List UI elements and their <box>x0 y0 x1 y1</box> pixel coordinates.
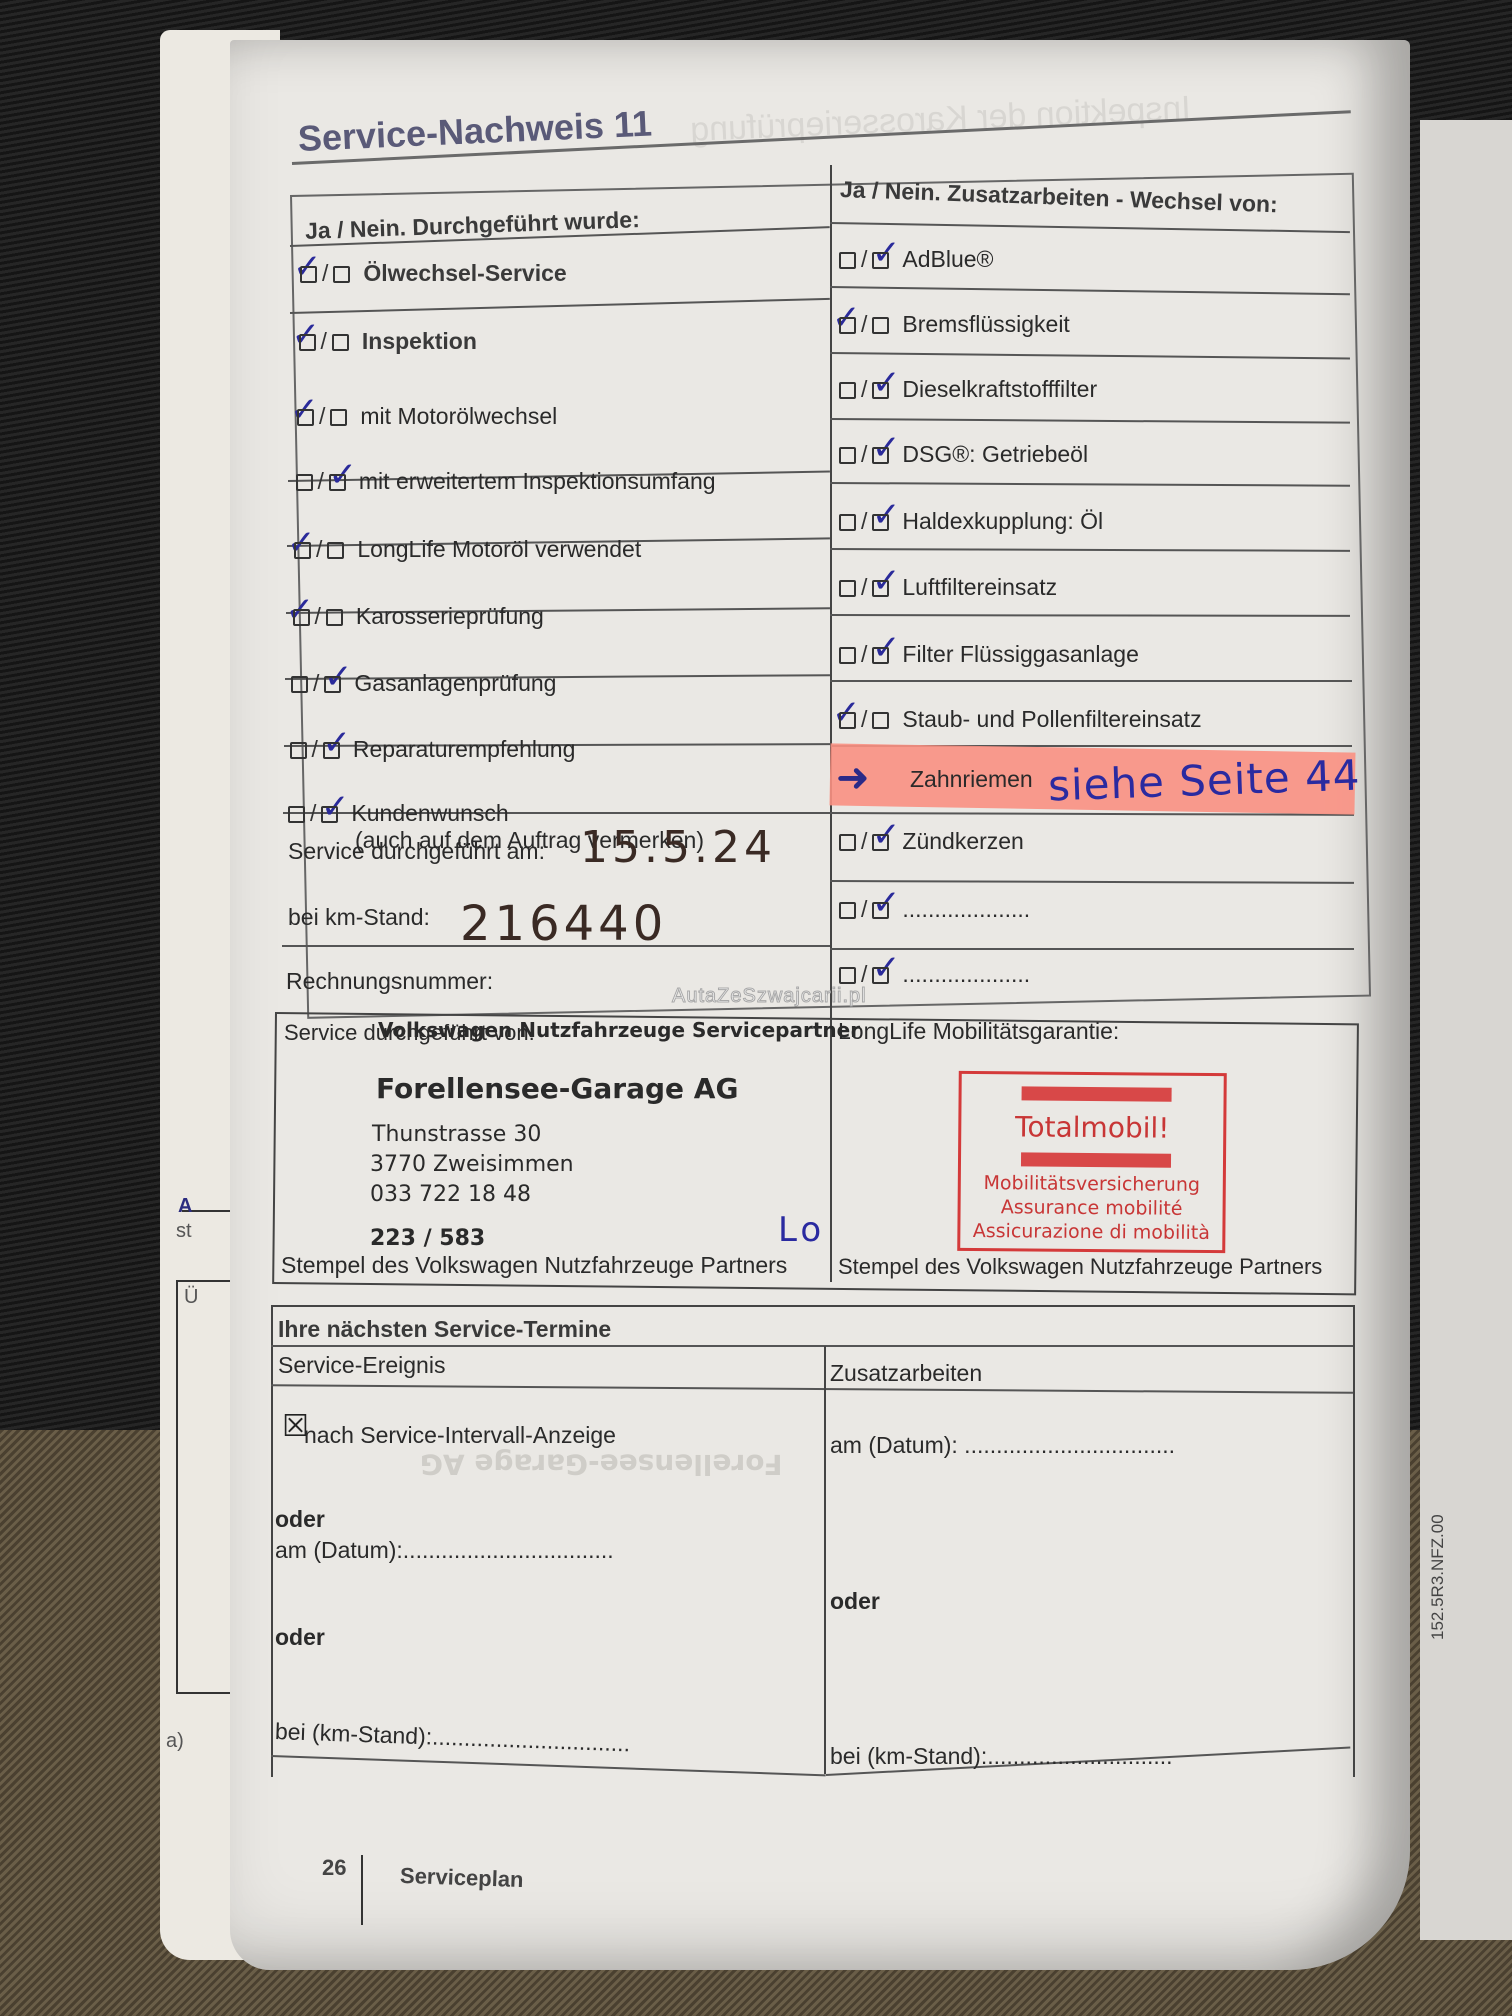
separator: / <box>861 508 867 535</box>
nein-checkbox[interactable] <box>321 806 338 823</box>
nein-checkbox[interactable] <box>324 676 341 693</box>
nein-checkbox[interactable] <box>872 647 889 664</box>
left-item-row: /Inspektion <box>296 328 477 355</box>
stamp-divider <box>830 1012 832 1282</box>
interval-option-label: nach Service-Intervall-Anzeige <box>304 1422 616 1449</box>
or-label-2: oder <box>275 1624 325 1651</box>
ja-checkbox[interactable] <box>839 902 856 919</box>
page-number: 26 <box>322 1855 346 1881</box>
back-page-text-st: st <box>176 1220 192 1243</box>
show-through-ghost: Forellensee-Garage AG <box>420 1448 782 1481</box>
ja-checkbox[interactable] <box>839 514 856 531</box>
nein-checkbox[interactable] <box>872 252 889 269</box>
service-date-value[interactable]: 15.5.24 <box>580 822 776 873</box>
section-name: Serviceplan <box>400 1863 524 1893</box>
ja-checkbox[interactable] <box>294 542 311 559</box>
right-item-label: .................... <box>902 961 1030 987</box>
left-item-label: Karosserieprüfung <box>356 603 544 629</box>
nein-checkbox[interactable] <box>872 712 889 729</box>
separator: / <box>861 641 867 668</box>
partner-name: Forellensee-Garage AG <box>376 1072 738 1105</box>
partner-city: 3770 Zweisimmen <box>370 1152 574 1177</box>
left-item-row: /mit erweitertem Inspektionsumfang <box>293 468 716 495</box>
stamp-line-2: Assurance mobilité <box>961 1196 1223 1220</box>
footer-separator <box>361 1855 363 1925</box>
nein-checkbox[interactable] <box>332 334 349 351</box>
left-item-row: /LongLife Motoröl verwendet <box>291 536 641 563</box>
nein-checkbox[interactable] <box>330 409 347 426</box>
document-code: 152.5R3.NFZ.00 <box>1428 1514 1448 1640</box>
stamp-footer-right: Stempel des Volkswagen Nutzfahrzeuge Par… <box>838 1254 1322 1280</box>
left-item-label: LongLife Motoröl verwendet <box>357 536 641 562</box>
partner-phone: 033 722 18 48 <box>370 1182 531 1207</box>
separator: / <box>319 403 325 430</box>
right-item-label-zahnriemen: Zahnriemen <box>910 766 1033 793</box>
right-km-field[interactable]: bei (km-Stand):.........................… <box>830 1743 1173 1770</box>
table-row-divider <box>830 948 1354 950</box>
separator: / <box>861 828 867 855</box>
next-service-rule-1 <box>271 1345 1353 1347</box>
left-item-row: /mit Motorölwechsel <box>294 403 557 430</box>
right-item-row: /DSG®: Getriebeöl <box>836 441 1088 468</box>
separator: / <box>322 260 328 287</box>
date-field-label[interactable]: am (Datum):.............................… <box>275 1537 614 1564</box>
partner-header: Volkswagen Nutzfahrzeuge Servicepartner <box>378 1018 860 1042</box>
separator: / <box>861 246 867 273</box>
right-item-label: Luftfiltereinsatz <box>902 574 1057 600</box>
separator: / <box>318 468 324 495</box>
ja-checkbox[interactable] <box>839 447 856 464</box>
right-item-row: /Dieselkraftstofffilter <box>836 376 1097 403</box>
table-column-divider <box>830 165 832 1015</box>
separator: / <box>313 670 319 697</box>
partner-code: 223 / 583 <box>370 1226 485 1251</box>
right-item-row: /Zündkerzen <box>836 828 1024 855</box>
separator: / <box>315 603 321 630</box>
right-item-row: /Bremsflüssigkeit <box>836 311 1070 338</box>
left-item-label: Ölwechsel-Service <box>363 260 566 286</box>
partner-street: Thunstrasse 30 <box>372 1122 541 1147</box>
longlife-label: LongLife Mobilitätsgarantie: <box>838 1018 1119 1045</box>
next-service-col2-header: Zusatzarbeiten <box>830 1360 982 1387</box>
separator: / <box>861 961 867 988</box>
right-date-field[interactable]: am (Datum): ............................… <box>830 1432 1175 1459</box>
next-service-divider <box>824 1346 826 1774</box>
ja-checkbox[interactable] <box>839 647 856 664</box>
left-item-label: Reparaturempfehlung <box>353 736 575 762</box>
left-item-row: /Gasanlagenprüfung <box>288 670 556 697</box>
separator: / <box>861 896 867 923</box>
right-item-label: Staub- und Pollenfiltereinsatz <box>902 706 1201 732</box>
initials: Lo <box>778 1210 825 1250</box>
nein-checkbox[interactable] <box>872 514 889 531</box>
km-value[interactable]: 216440 <box>460 896 667 952</box>
right-item-row: /Filter Flüssiggasanlage <box>836 641 1139 668</box>
watermark: AutaZeSzwajcarii.pl <box>672 985 867 1008</box>
nein-checkbox[interactable] <box>872 834 889 851</box>
ja-checkbox[interactable] <box>299 334 316 351</box>
left-item-label: Inspektion <box>362 328 477 354</box>
nein-checkbox[interactable] <box>872 580 889 597</box>
right-item-row: /.................... <box>836 896 1030 923</box>
back-page-letter-u: Ü <box>184 1286 198 1309</box>
right-item-label: Filter Flüssiggasanlage <box>902 641 1139 667</box>
separator: / <box>861 376 867 403</box>
stamp-bar-top <box>1022 1086 1172 1101</box>
right-item-label: Zündkerzen <box>902 828 1023 854</box>
separator: / <box>861 441 867 468</box>
ja-checkbox[interactable] <box>296 474 313 491</box>
left-item-label: mit erweitertem Inspektionsumfang <box>359 468 716 494</box>
nein-checkbox[interactable] <box>333 266 350 283</box>
left-item-label: Kundenwunsch <box>351 800 508 826</box>
facing-page-edge <box>1420 120 1512 1940</box>
right-item-label: Haldexkupplung: Öl <box>902 508 1103 534</box>
service-date-label: Service durchgeführt am: <box>288 838 545 865</box>
stamp-title: Totalmobil! <box>961 1110 1223 1145</box>
right-item-row: /.................... <box>836 961 1030 988</box>
right-item-label: AdBlue® <box>902 246 993 272</box>
separator: / <box>861 574 867 601</box>
left-item-label: mit Motorölwechsel <box>360 403 557 429</box>
back-page-text-a: a) <box>166 1730 184 1753</box>
nein-checkbox[interactable] <box>872 382 889 399</box>
separator: / <box>312 736 318 763</box>
ja-checkbox[interactable] <box>293 609 310 626</box>
next-service-title: Ihre nächsten Service-Termine <box>278 1316 611 1343</box>
nein-checkbox[interactable] <box>872 447 889 464</box>
arrow-scribble-icon: ➜ <box>836 758 870 798</box>
separator: / <box>316 536 322 563</box>
right-item-label: Dieselkraftstofffilter <box>902 376 1097 402</box>
nein-checkbox[interactable] <box>872 902 889 919</box>
km-label: bei km-Stand: <box>288 904 430 931</box>
separator: / <box>310 800 316 827</box>
left-item-row: /Reparaturempfehlung <box>287 736 576 763</box>
right-item-label: .................... <box>902 896 1030 922</box>
totalmobil-stamp: Totalmobil! Mobilitätsversicherung Assur… <box>957 1071 1227 1253</box>
ja-checkbox[interactable] <box>839 580 856 597</box>
right-item-row: /Staub- und Pollenfiltereinsatz <box>836 706 1202 733</box>
invoice-label: Rechnungsnummer: <box>286 968 493 995</box>
ja-checkbox[interactable] <box>290 742 307 759</box>
ja-checkbox[interactable] <box>839 712 856 729</box>
right-item-row: /AdBlue® <box>836 246 994 273</box>
separator: / <box>321 328 327 355</box>
ja-checkbox[interactable] <box>300 266 317 283</box>
left-item-row: /Karosserieprüfung <box>290 603 544 630</box>
nein-checkbox[interactable] <box>326 609 343 626</box>
nein-checkbox[interactable] <box>327 542 344 559</box>
stamp-footer-left: Stempel des Volkswagen Nutzfahrzeuge Par… <box>281 1252 787 1279</box>
separator: / <box>861 706 867 733</box>
table-row-divider <box>830 680 1352 682</box>
separator: / <box>861 311 867 338</box>
ja-checkbox[interactable] <box>839 834 856 851</box>
or-label-1: oder <box>275 1506 325 1533</box>
ja-checkbox[interactable] <box>839 252 856 269</box>
nein-checkbox[interactable] <box>329 474 346 491</box>
nein-checkbox[interactable] <box>872 967 889 984</box>
right-item-row: /Luftfiltereinsatz <box>836 574 1057 601</box>
left-item-label: Gasanlagenprüfung <box>354 670 556 696</box>
left-item-row: /Ölwechsel-Service <box>297 260 567 287</box>
nein-checkbox[interactable] <box>323 742 340 759</box>
right-item-label: Bremsflüssigkeit <box>902 311 1069 337</box>
ja-checkbox[interactable] <box>291 676 308 693</box>
nein-checkbox[interactable] <box>872 317 889 334</box>
right-item-label: DSG®: Getriebeöl <box>902 441 1088 467</box>
ja-checkbox[interactable] <box>288 806 305 823</box>
next-service-col1-header: Service-Ereignis <box>278 1352 445 1379</box>
ja-checkbox[interactable] <box>839 317 856 334</box>
ja-checkbox[interactable] <box>839 382 856 399</box>
right-item-row: /Haldexkupplung: Öl <box>836 508 1103 535</box>
stamp-bar-bottom <box>1021 1152 1171 1167</box>
ja-checkbox[interactable] <box>839 967 856 984</box>
back-page-letter-a: A <box>178 1195 192 1218</box>
stamp-line-1: Mobilitätsversicherung <box>961 1172 1223 1196</box>
right-or-label: oder <box>830 1588 880 1615</box>
stamp-line-3: Assicurazione di mobilità <box>960 1220 1222 1244</box>
ja-checkbox[interactable] <box>297 409 314 426</box>
